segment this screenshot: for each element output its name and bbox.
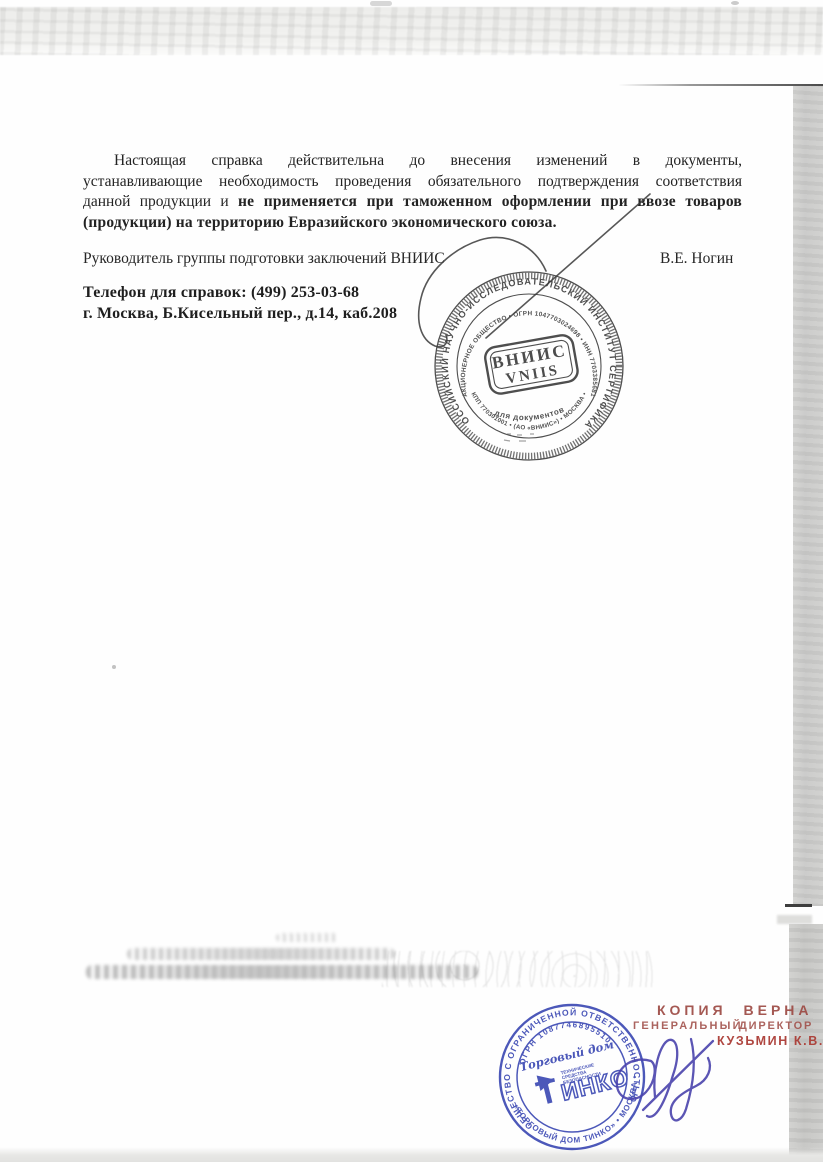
pen-stroke-diagonal xyxy=(486,194,650,338)
erased-text-smudge-3 xyxy=(86,965,478,979)
scan-band-right-upper xyxy=(793,86,823,906)
paragraph-line-3-normal: данной продукции и xyxy=(83,193,229,210)
scan-speck-top2 xyxy=(731,1,739,5)
scan-band-smear xyxy=(777,915,812,924)
signature-stroke-1 xyxy=(617,1060,655,1099)
pen-stroke-loop xyxy=(419,238,546,347)
scan-band-bottom xyxy=(0,1147,823,1162)
scanned-certificate-page: { "colors": { "vniis_ink": "#414141", "t… xyxy=(0,0,823,1162)
contact-phone: Телефон для справок: (499) 253-03-68 xyxy=(83,284,359,302)
scan-speck xyxy=(112,665,116,669)
director-signature xyxy=(595,1013,745,1138)
paragraph-line-1: Настоящая справка действительна до внесе… xyxy=(83,151,742,172)
scan-band-divider-line xyxy=(785,904,812,907)
copy-stamp-director: ДИРЕКТОР xyxy=(739,1020,813,1032)
scan-crease-line xyxy=(618,84,823,86)
pen-strokes xyxy=(398,178,688,398)
signatory-label: Руководитель группы подготовки заключени… xyxy=(83,250,445,268)
erased-text-smudge-1 xyxy=(276,933,338,942)
scan-speck-top xyxy=(370,1,392,6)
erased-text-smudge-2 xyxy=(127,948,395,960)
scan-noise-band-top xyxy=(0,7,823,55)
contact-address: г. Москва, Б.Кисельный пер., д.14, каб.2… xyxy=(83,305,397,323)
